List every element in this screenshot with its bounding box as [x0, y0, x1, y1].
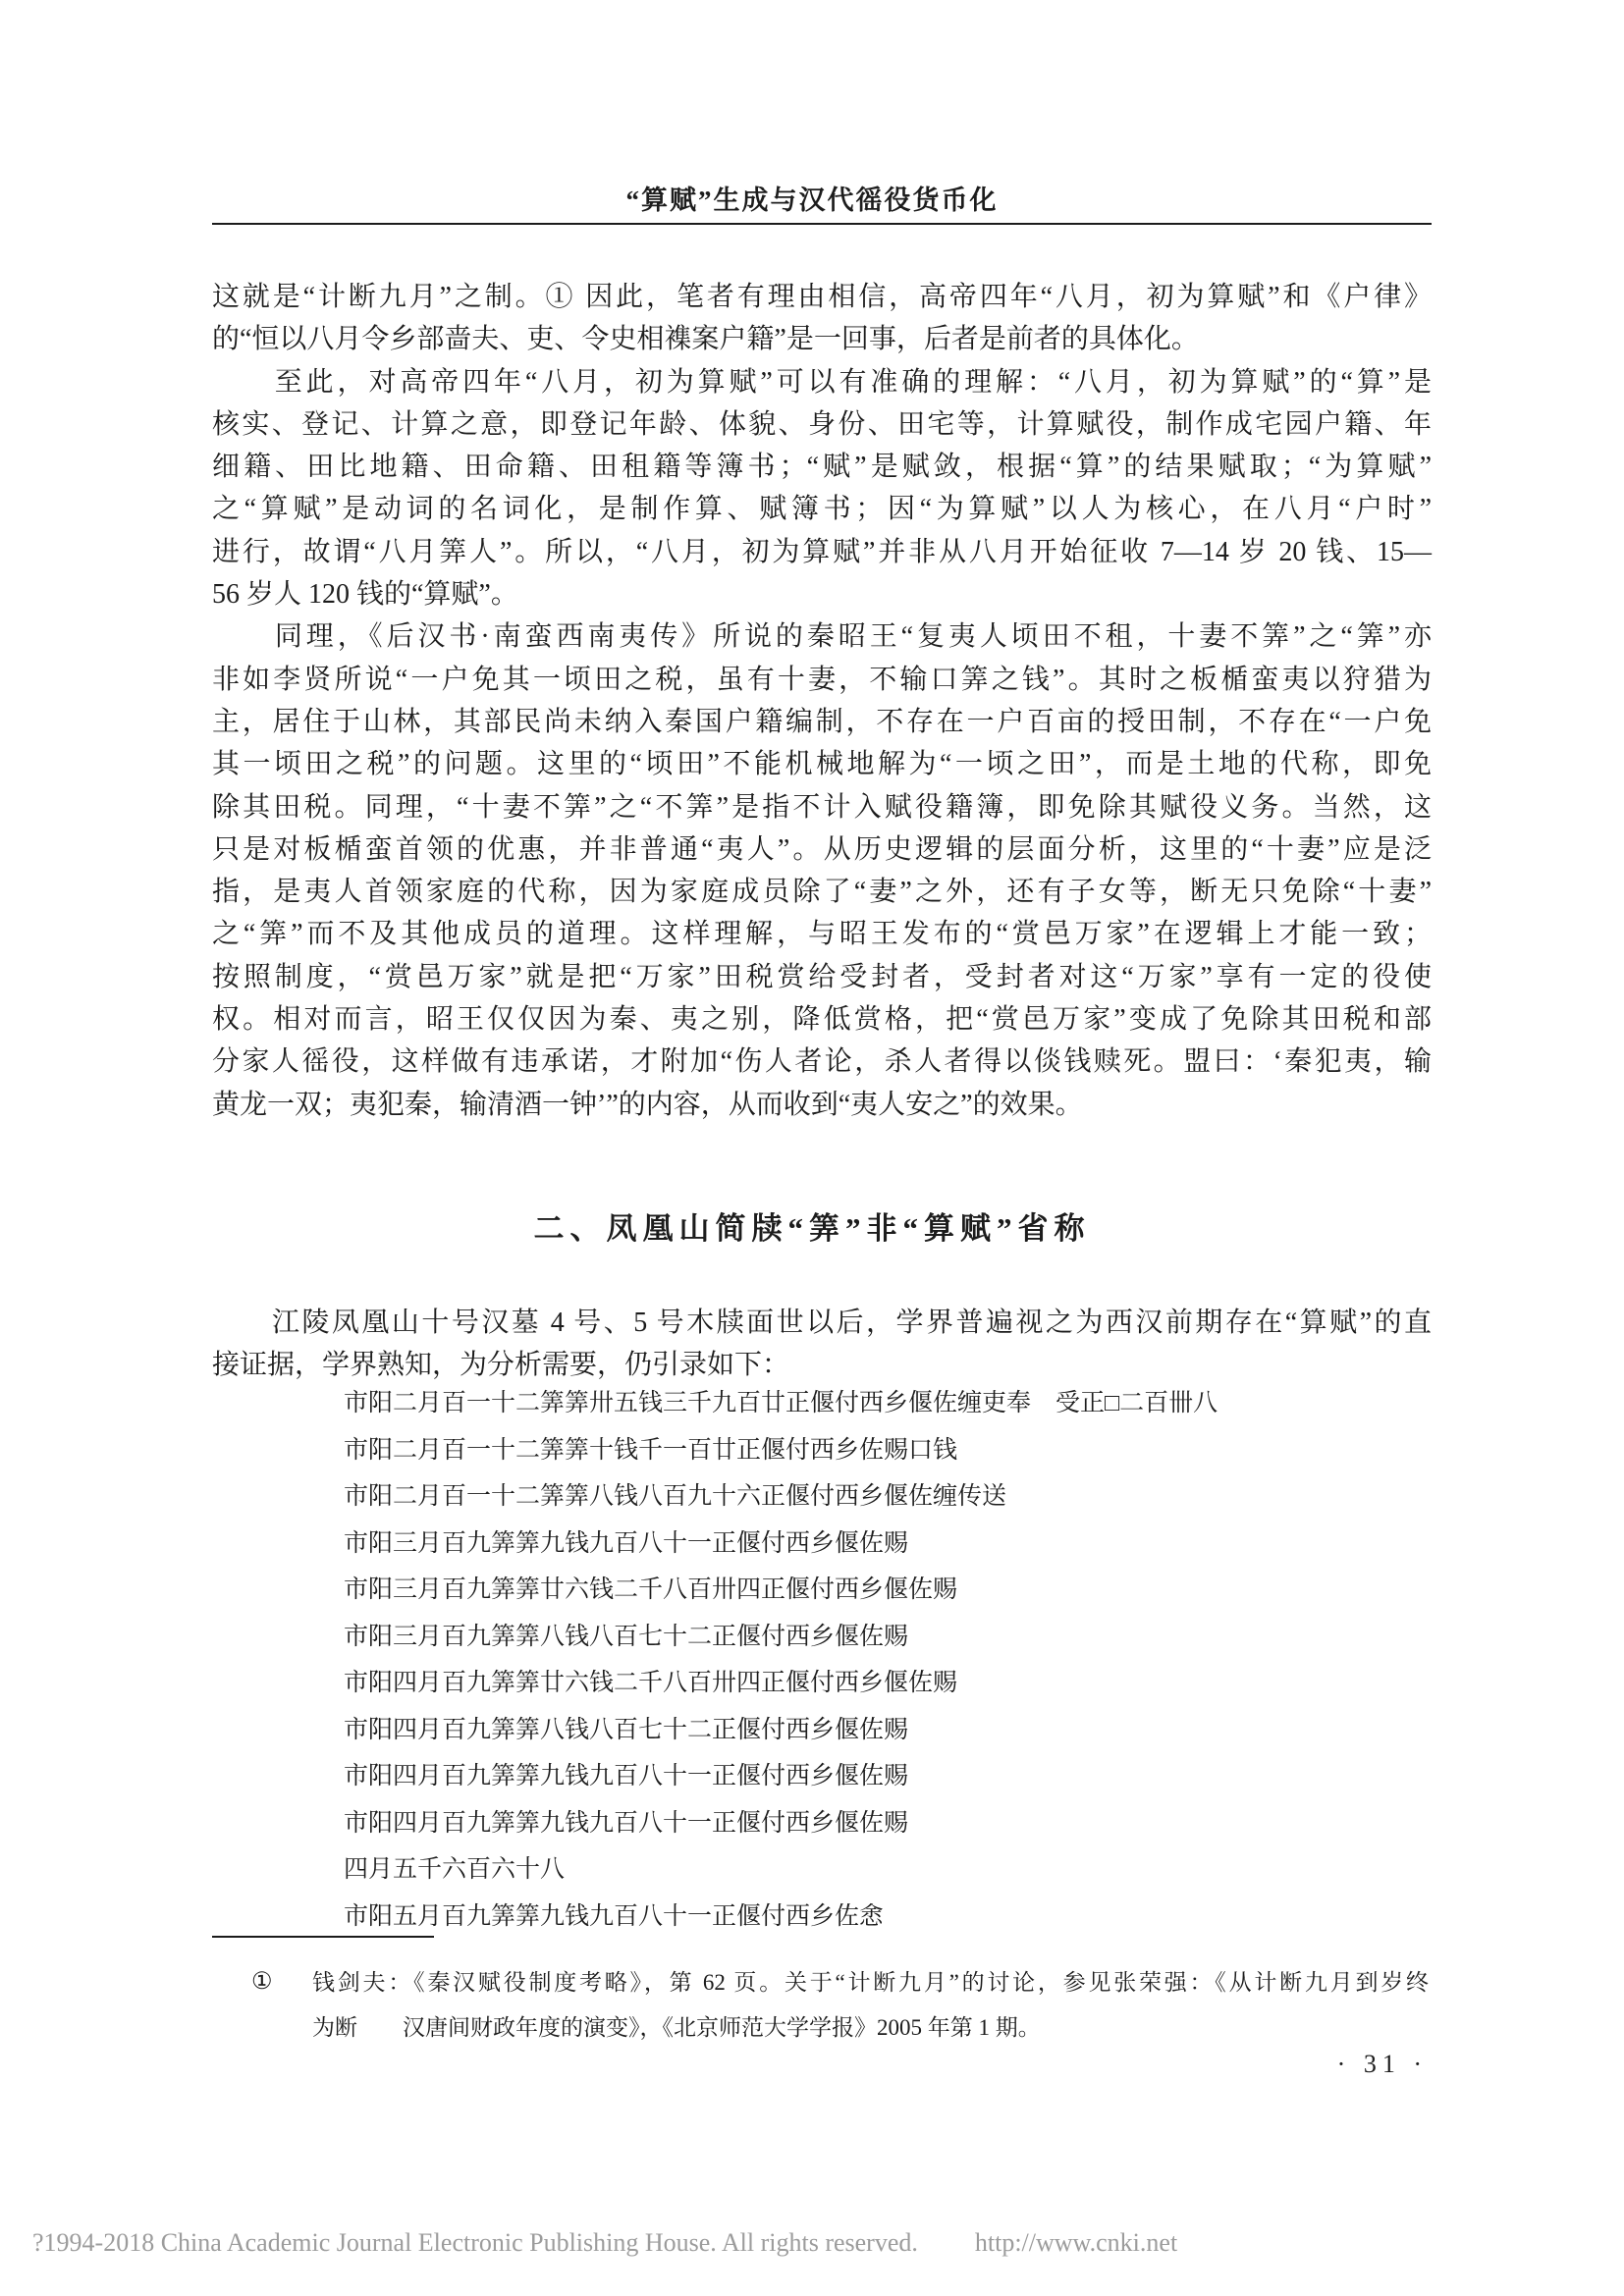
journal-page: “算赋”生成与汉代徭役货币化 这就是“计断九月”之制。① 因此，笔者有理由相信，… [0, 0, 1624, 2296]
text-line: 黄龙一双；夷犯秦，输清酒一钟’”的内容，从而收到“夷人安之”的效果。 [212, 1084, 1432, 1126]
text-line: 至此，对高帝四年“八月，初为算赋”可以有准确的理解：“八月，初为算赋”的“算”是 [212, 361, 1432, 403]
text-line: 这就是“计断九月”之制。① 因此，笔者有理由相信，高帝四年“八月，初为算赋”和《… [212, 276, 1432, 318]
page-footer: ?1994-2018 China Academic Journal Electr… [32, 2228, 1594, 2258]
text-line: 核实、登记、计算之意，即登记年龄、体貌、身份、田宅等，计算赋役，制作成宅园户籍、… [212, 403, 1432, 446]
text-line: 权。相对而言，昭王仅仅因为秦、夷之别，降低赏格，把“赏邑万家”变成了免除其田税和… [212, 998, 1432, 1041]
text-line: 细籍、田比地籍、田命籍、田租籍等簿书；“赋”是赋敛，根据“算”的结果赋取；“为算… [212, 446, 1432, 488]
footer-url: http://www.cnki.net [975, 2228, 1177, 2257]
footnote-line: 为断 汉唐间财政年度的演变》，《北京师范大学学报》2005 年第 1 期。 [312, 2005, 1429, 2051]
text-line: 江陵凤凰山十号汉墓 4 号、5 号木牍面世以后，学界普遍视之为西汉前期存在“算赋… [212, 1302, 1432, 1344]
text-line: 的“恒以八月令乡部啬夫、吏、令史相襍案户籍”是一回事，后者是前者的具体化。 [212, 318, 1432, 360]
text-line: 指，是夷人首领家庭的代称，因为家庭成员除了“妻”之外，还有子女等，断无只免除“十… [212, 871, 1432, 913]
quote-line: 市阳四月百九筭筭廿六钱二千八百卅四正偃付西乡偃佐赐 [344, 1660, 1434, 1707]
paragraph-4: 江陵凤凰山十号汉墓 4 号、5 号木牍面世以后，学界普遍视之为西汉前期存在“算赋… [212, 1302, 1432, 1387]
section-heading: 二、凤凰山简牍“筭”非“算赋”省称 [0, 1209, 1624, 1249]
wooden-tablet-quotes: 市阳二月百一十二筭筭卅五钱三千九百廿正偃付西乡偃佐缠吏奉 受正□二百卌八市阳二月… [344, 1380, 1434, 1940]
quote-line: 市阳五月百九筭筭九钱九百八十一正偃付西乡佐悆 [344, 1894, 1434, 1941]
footnote-divider [212, 1936, 434, 1938]
quote-line: 市阳三月百九筭筭廿六钱二千八百卅四正偃付西乡偃佐赐 [344, 1567, 1434, 1614]
text-line: 其一顷田之税”的问题。这里的“顷田”不能机械地解为“一顷之田”，而是土地的代称，… [212, 743, 1432, 785]
footnote-marker: ① [251, 1960, 273, 2005]
text-line: 分家人徭役，这样做有违承诺，才附加“伤人者论，杀人者得以倓钱赎死。盟曰：‘秦犯夷… [212, 1041, 1432, 1083]
text-line: 除其田税。同理，“十妻不筭”之“不筭”是指不计入赋役籍簿，即免除其赋役义务。当然… [212, 786, 1432, 828]
copyright-text: ?1994-2018 China Academic Journal Electr… [32, 2228, 918, 2257]
text-line: 之“算赋”是动词的名词化，是制作算、赋簿书；因“为算赋”以人为核心，在八月“户时… [212, 488, 1432, 530]
text-line: 56 岁人 120 钱的“算赋”。 [212, 573, 1432, 615]
body-text: 这就是“计断九月”之制。① 因此，笔者有理由相信，高帝四年“八月，初为算赋”和《… [212, 276, 1432, 1126]
quote-line: 市阳三月百九筭筭八钱八百七十二正偃付西乡偃佐赐 [344, 1614, 1434, 1661]
paragraph-3: 同理，《后汉书·南蛮西南夷传》所说的秦昭王“复夷人顷田不租，十妻不筭”之“筭”亦… [212, 615, 1432, 1126]
text-line: 之“筭”而不及其他成员的道理。这样理解，与昭王发布的“赏邑万家”在逻辑上才能一致… [212, 913, 1432, 955]
quote-line: 市阳四月百九筭筭九钱九百八十一正偃付西乡偃佐赐 [344, 1800, 1434, 1847]
text-line: 只是对板楯蛮首领的优惠，并非普通“夷人”。从历史逻辑的层面分析，这里的“十妻”应… [212, 828, 1432, 871]
text-line: 主，居住于山林，其部民尚未纳入秦国户籍编制，不存在一户百亩的授田制，不存在“一户… [212, 701, 1432, 743]
text-line: 同理，《后汉书·南蛮西南夷传》所说的秦昭王“复夷人顷田不租，十妻不筭”之“筭”亦 [212, 615, 1432, 658]
quote-line: 市阳二月百一十二筭筭八钱八百九十六正偃付西乡偃佐缠传送 [344, 1473, 1434, 1521]
text-line: 进行，故谓“八月筭人”。所以，“八月，初为算赋”并非从八月开始征收 7—14 岁… [212, 531, 1432, 573]
quote-line: 市阳二月百一十二筭筭十钱千一百廿正偃付西乡佐赐口钱 [344, 1427, 1434, 1474]
quote-line: 市阳三月百九筭筭九钱九百八十一正偃付西乡偃佐赐 [344, 1521, 1434, 1568]
paragraph-1: 这就是“计断九月”之制。① 因此，笔者有理由相信，高帝四年“八月，初为算赋”和《… [212, 276, 1432, 361]
paragraph-2: 至此，对高帝四年“八月，初为算赋”可以有准确的理解：“八月，初为算赋”的“算”是… [212, 361, 1432, 616]
text-line: 非如李贤所说“一户免其一顷田之税，虽有十妻，不输口筭之钱”。其时之板楯蛮夷以狩猎… [212, 659, 1432, 701]
header-divider [212, 223, 1432, 225]
text-line: 按照制度，“赏邑万家”就是把“万家”田税赏给受封者，受封者对这“万家”享有一定的… [212, 956, 1432, 998]
running-header-title: “算赋”生成与汉代徭役货币化 [0, 179, 1624, 217]
footnote-text: 钱剑夫：《秦汉赋役制度考略》，第 62 页。关于“计断九月”的讨论，参见张荣强：… [312, 1960, 1429, 2050]
quote-line: 市阳四月百九筭筭八钱八百七十二正偃付西乡偃佐赐 [344, 1707, 1434, 1754]
quote-line: 市阳二月百一十二筭筭卅五钱三千九百廿正偃付西乡偃佐缠吏奉 受正□二百卌八 [344, 1380, 1434, 1427]
quote-line: 四月五千六百六十八 [344, 1846, 1434, 1894]
footnote: ① 钱剑夫：《秦汉赋役制度考略》，第 62 页。关于“计断九月”的讨论，参见张荣… [251, 1960, 1439, 2050]
quote-line: 市阳四月百九筭筭九钱九百八十一正偃付西乡偃佐赐 [344, 1753, 1434, 1800]
page-number: · 31 · [1337, 2050, 1428, 2079]
footnote-line: 钱剑夫：《秦汉赋役制度考略》，第 62 页。关于“计断九月”的讨论，参见张荣强：… [312, 1960, 1429, 2005]
